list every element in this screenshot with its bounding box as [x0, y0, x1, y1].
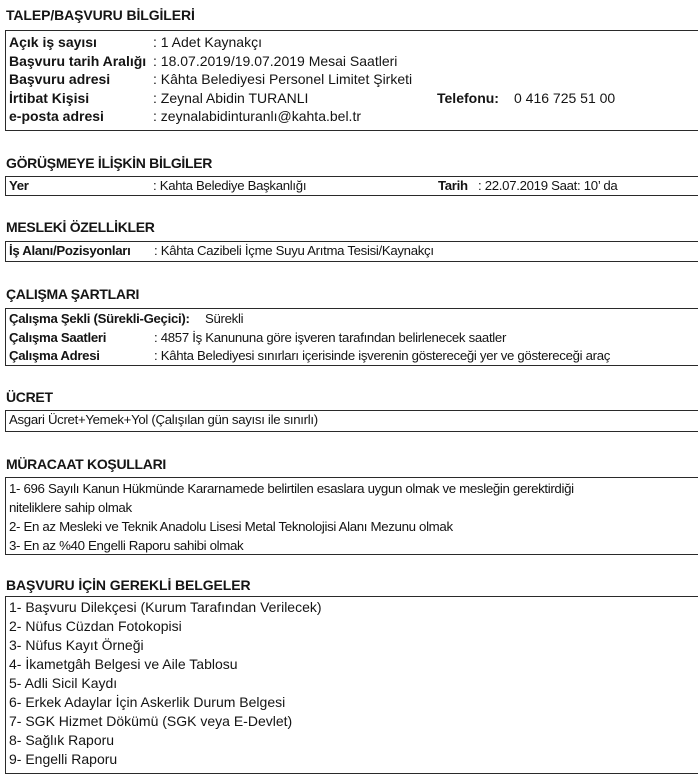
- row-eposta: e-posta adresi : zeynalabidinturanlı@kah…: [6, 107, 698, 126]
- label-tarih: Tarih: [438, 177, 468, 196]
- belge-item: 3- Nüfus Kayıt Örneği: [6, 636, 698, 655]
- calisma-box: Çalışma Şekli (Sürekli-Geçici): Sürekli …: [5, 308, 698, 366]
- label-telefon: Telefonu:: [437, 89, 499, 108]
- belge-item: 4- İkametgâh Belgesi ve Aile Tablosu: [6, 655, 698, 674]
- belge-item: 7- SGK Hizmet Dökümü (SGK veya E-Devlet): [6, 712, 698, 731]
- label-basvuru-tarih: Başvuru tarih Aralığı: [9, 52, 146, 71]
- muracaat-box: 1- 696 Sayılı Kanun Hükmünde Kararnamede…: [5, 477, 698, 555]
- row-irtibat: İrtibat Kişisi : Zeynal Abidin TURANLI T…: [6, 89, 698, 108]
- section-title-mesleki: MESLEKİ ÖZELLİKLER: [6, 219, 155, 235]
- label-basvuru-adresi: Başvuru adresi: [9, 70, 110, 89]
- label-irtibat: İrtibat Kişisi: [9, 89, 89, 108]
- section-title-ucret: ÜCRET: [6, 389, 53, 405]
- label-eposta: e-posta adresi: [9, 107, 104, 126]
- value-ucret: Asgari Ücret+Yemek+Yol (Çalışılan gün sa…: [9, 411, 318, 430]
- muracaat-line: niteliklere sahip olmak: [6, 498, 698, 517]
- mesleki-box: İş Alanı/Pozisyonları : Kâhta Cazibeli İ…: [5, 241, 698, 262]
- label-calisma-adresi: Çalışma Adresi: [9, 347, 100, 366]
- row-basvuru-adresi: Başvuru adresi : Kâhta Belediyesi Person…: [6, 70, 698, 89]
- belge-item: 9- Engelli Raporu: [6, 750, 698, 769]
- belge-item: 8- Sağlık Raporu: [6, 731, 698, 750]
- label-calisma-saatleri: Çalışma Saatleri: [9, 329, 106, 348]
- belge-item: 2- Nüfus Cüzdan Fotokopisi: [6, 617, 698, 636]
- gorusme-box: Yer : Kahta Belediye Başkanlığı Tarih : …: [5, 176, 698, 196]
- row-basvuru-tarih: Başvuru tarih Aralığı : 18.07.2019/19.07…: [6, 52, 698, 71]
- value-is-alani: : Kâhta Cazibeli İçme Suyu Arıtma Tesisi…: [154, 242, 434, 261]
- section-title-gorusme: GÖRÜŞMEYE İLİŞKİN BİLGİLER: [6, 155, 212, 171]
- value-calisma-sekli: Sürekli: [205, 310, 243, 329]
- muracaat-line: 2- En az Mesleki ve Teknik Anadolu Lises…: [6, 517, 698, 536]
- belge-item: 6- Erkek Adaylar İçin Askerlik Durum Bel…: [6, 693, 698, 712]
- value-calisma-saatleri: : 4857 İş Kanununa göre işveren tarafınd…: [154, 329, 506, 348]
- row-calisma-adresi: Çalışma Adresi : Kâhta Belediyesi sınırl…: [6, 347, 698, 366]
- row-calisma-sekli: Çalışma Şekli (Sürekli-Geçici): Sürekli: [6, 310, 698, 329]
- muracaat-line: 1- 696 Sayılı Kanun Hükmünde Kararnamede…: [6, 479, 698, 498]
- section-title-muracaat: MÜRACAAT KOŞULLARI: [6, 456, 166, 472]
- row-yer: Yer : Kahta Belediye Başkanlığı Tarih : …: [6, 177, 698, 196]
- value-basvuru-tarih: : 18.07.2019/19.07.2019 Mesai Saatleri: [153, 52, 397, 71]
- ucret-box: Asgari Ücret+Yemek+Yol (Çalışılan gün sa…: [5, 410, 698, 432]
- section-title-talep: TALEP/BAŞVURU BİLGİLERİ: [6, 7, 195, 23]
- value-yer: : Kahta Belediye Başkanlığı: [153, 177, 306, 196]
- row-ucret: Asgari Ücret+Yemek+Yol (Çalışılan gün sa…: [6, 411, 698, 430]
- value-irtibat: : Zeynal Abidin TURANLI: [153, 89, 308, 108]
- label-yer: Yer: [9, 177, 29, 196]
- muracaat-line: 3- En az %40 Engelli Raporu sahibi olmak: [6, 536, 698, 555]
- belge-item: 5- Adli Sicil Kaydı: [6, 674, 698, 693]
- value-acik-is: : 1 Adet Kaynakçı: [153, 33, 262, 52]
- section-title-belgeler: BAŞVURU İÇİN GEREKLİ BELGELER: [6, 577, 250, 593]
- value-basvuru-adresi: : Kâhta Belediyesi Personel Limitet Şirk…: [153, 70, 412, 89]
- belge-item: 1- Başvuru Dilekçesi (Kurum Tarafından V…: [6, 598, 698, 617]
- row-is-alani: İş Alanı/Pozisyonları : Kâhta Cazibeli İ…: [6, 242, 698, 261]
- label-is-alani: İş Alanı/Pozisyonları: [9, 242, 130, 261]
- row-calisma-saatleri: Çalışma Saatleri : 4857 İş Kanununa göre…: [6, 329, 698, 348]
- value-calisma-adresi: : Kâhta Belediyesi sınırları içerisinde …: [154, 347, 610, 366]
- section-title-calisma: ÇALIŞMA ŞARTLARI: [6, 286, 139, 302]
- label-acik-is: Açık iş sayısı: [9, 33, 97, 52]
- label-calisma-sekli: Çalışma Şekli (Sürekli-Geçici):: [9, 310, 190, 329]
- talep-box: Açık iş sayısı : 1 Adet Kaynakçı Başvuru…: [5, 30, 698, 131]
- belgeler-box: 1- Başvuru Dilekçesi (Kurum Tarafından V…: [5, 596, 698, 774]
- row-acik-is: Açık iş sayısı : 1 Adet Kaynakçı: [6, 33, 698, 52]
- value-telefon: 0 416 725 51 00: [514, 89, 615, 108]
- value-tarih: : 22.07.2019 Saat: 10’ da: [478, 177, 617, 196]
- value-eposta: : zeynalabidinturanlı@kahta.bel.tr: [153, 107, 361, 126]
